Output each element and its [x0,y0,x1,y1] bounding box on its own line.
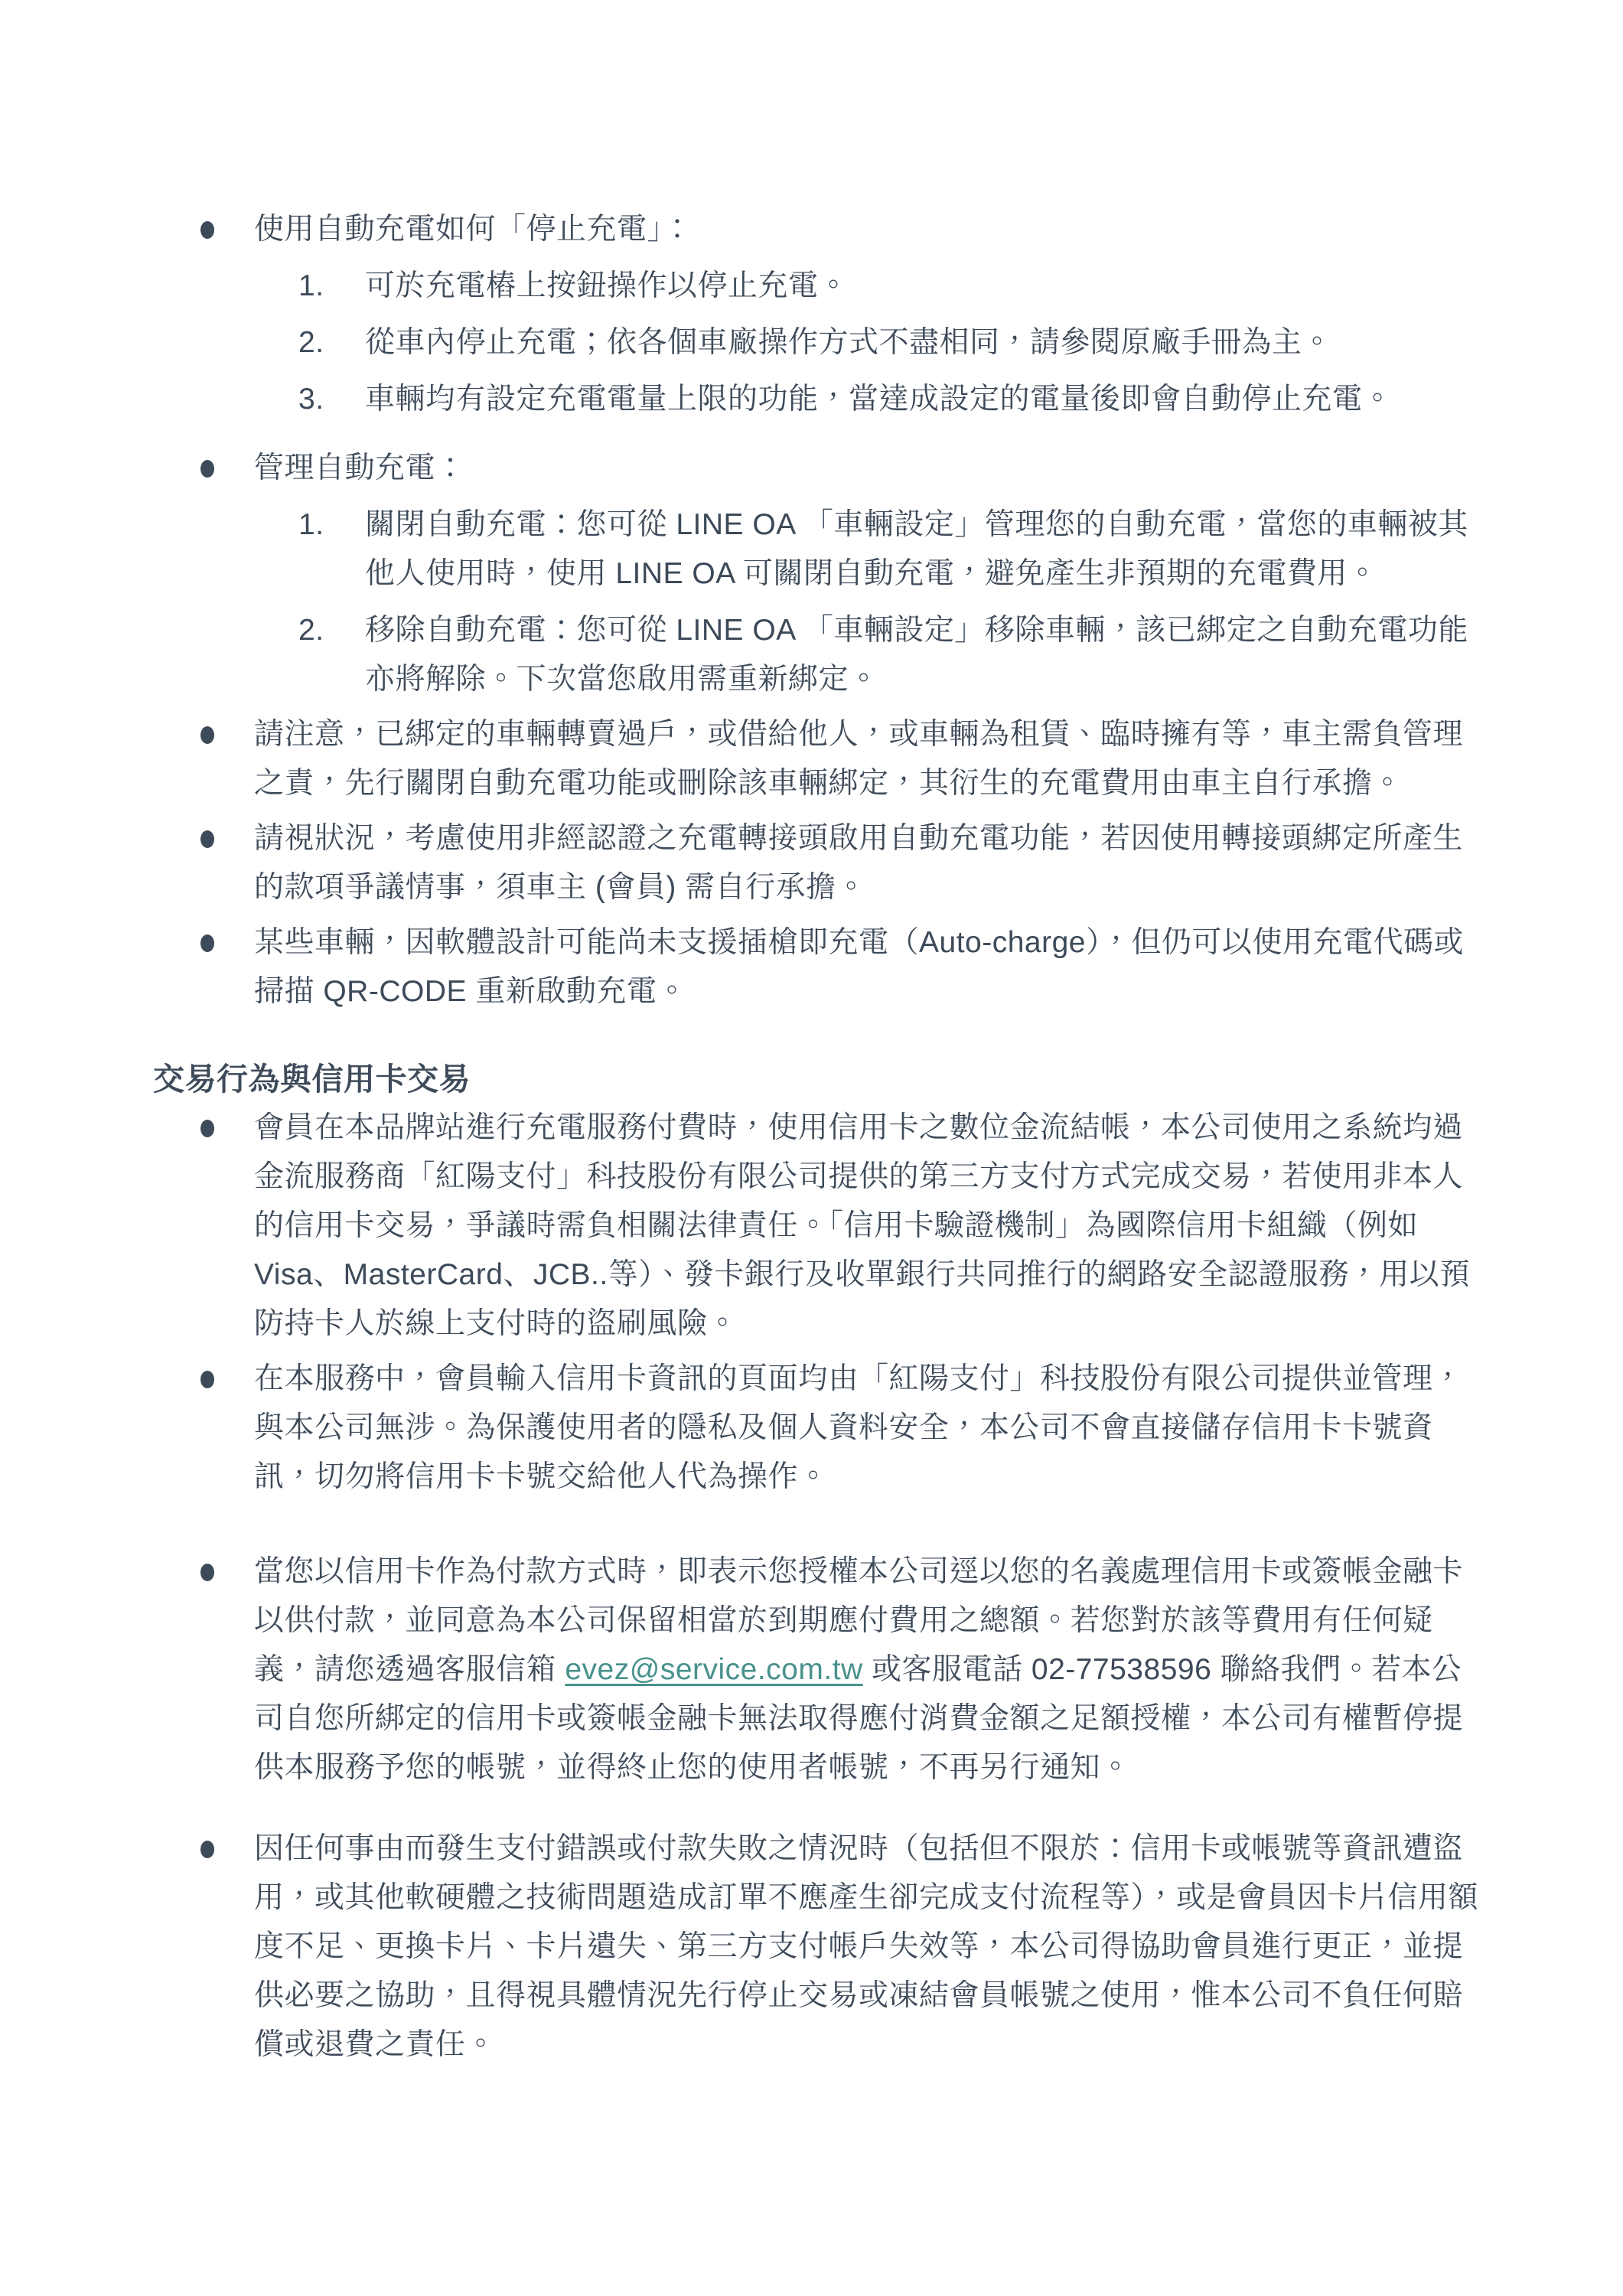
list-item: 會員在本品牌站進行充電服務付費時，使用信用卡之數位金流結帳，本公司使用之系統均過… [153,1104,1481,1349]
document-page: 使用自動充電如何「停止充電」： 1. 可於充電樁上按鈕操作以停止充電。 2. 從… [0,0,1623,2296]
item-number: 1. [298,262,324,311]
numbered-item: 3. 車輛均有設定充電電量上限的功能，當達成設定的電量後即會自動停止充電。 [254,375,1481,424]
bullet-icon [200,726,214,744]
list-item-text: 管理自動充電： [254,452,466,484]
list-item: 某些車輛，因軟體設計可能尚未支援插槍即充電（Auto-charge），但仍可以使… [153,918,1481,1016]
item-number: 2. [298,606,324,655]
numbered-item: 2. 從車內停止充電；依各個車廠操作方式不盡相同，請參閱原廠手冊為主。 [254,318,1481,367]
document-content: 使用自動充電如何「停止充電」： 1. 可於充電樁上按鈕操作以停止充電。 2. 從… [0,0,1623,2069]
list-item-text: 某些車輛，因軟體設計可能尚未支援插槍即充電（Auto-charge），但仍可以使… [254,926,1464,1008]
bullet-icon [200,460,214,478]
email-link[interactable]: evez@service.com.tw [565,1653,862,1686]
list-item-text: 在本服務中，會員輸入信用卡資訊的頁面均由「紅陽支付」科技股份有限公司提供並管理，… [254,1362,1463,1493]
auto-charge-bullet-list: 使用自動充電如何「停止充電」： 1. 可於充電樁上按鈕操作以停止充電。 2. 從… [153,205,1481,1016]
item-number: 1. [298,501,324,550]
numbered-item-text: 從車內停止充電；依各個車廠操作方式不盡相同，請參閱原廠手冊為主。 [365,326,1332,359]
numbered-sublist: 1. 關閉自動充電：您可從 LINE OA 「車輛設定」管理您的自動充電，當您的… [254,501,1481,704]
list-item: 管理自動充電： 1. 關閉自動充電：您可從 LINE OA 「車輛設定」管理您的… [153,444,1481,704]
item-number: 3. [298,375,324,424]
bullet-icon [200,830,214,848]
bullet-icon [200,1371,214,1388]
list-item: 請注意，已綁定的車輛轉賣過戶，或借給他人，或車輛為租賃、臨時擁有等，車主需負管理… [153,710,1481,808]
bullet-icon [200,1120,214,1137]
bullet-icon [200,934,214,952]
numbered-item: 1. 關閉自動充電：您可從 LINE OA 「車輛設定」管理您的自動充電，當您的… [254,501,1481,598]
list-item-text: 會員在本品牌站進行充電服務付費時，使用信用卡之數位金流結帳，本公司使用之系統均過… [254,1111,1470,1340]
list-item: 請視狀況，考慮使用非經認證之充電轉接頭啟用自動充電功能，若因使用轉接頭綁定所產生… [153,814,1481,912]
list-item: 當您以信用卡作為付款方式時，即表示您授權本公司逕以您的名義處理信用卡或簽帳金融卡… [153,1548,1481,1792]
list-item-text: 請視狀況，考慮使用非經認證之充電轉接頭啟用自動充電功能，若因使用轉接頭綁定所產生… [254,822,1463,904]
transaction-bullet-list: 會員在本品牌站進行充電服務付費時，使用信用卡之數位金流結帳，本公司使用之系統均過… [153,1104,1481,2069]
list-item-text: 請注意，已綁定的車輛轉賣過戶，或借給他人，或車輛為租賃、臨時擁有等，車主需負管理… [254,718,1463,800]
numbered-sublist: 1. 可於充電樁上按鈕操作以停止充電。 2. 從車內停止充電；依各個車廠操作方式… [254,262,1481,424]
bullet-icon [200,221,214,239]
numbered-item: 2. 移除自動充電：您可從 LINE OA 「車輛設定」移除車輛，該已綁定之自動… [254,606,1481,704]
section-heading: 交易行為與信用卡交易 [153,1055,1481,1104]
numbered-item-text: 可於充電樁上按鈕操作以停止充電。 [365,269,849,302]
numbered-item-text: 移除自動充電：您可從 LINE OA 「車輛設定」移除車輛，該已綁定之自動充電功… [365,614,1468,696]
numbered-item-text: 車輛均有設定充電電量上限的功能，當達成設定的電量後即會自動停止充電。 [365,383,1393,416]
numbered-item-text: 關閉自動充電：您可從 LINE OA 「車輛設定」管理您的自動充電，當您的車輛被… [365,508,1468,590]
bullet-icon [200,1841,214,1858]
list-item-text: 因任何事由而發生支付錯誤或付款失敗之情況時（包括但不限於：信用卡或帳號等資訊遭盜… [254,1832,1478,2061]
item-number: 2. [298,318,324,367]
list-item: 在本服務中，會員輸入信用卡資訊的頁面均由「紅陽支付」科技股份有限公司提供並管理，… [153,1355,1481,1502]
list-item: 因任何事由而發生支付錯誤或付款失敗之情況時（包括但不限於：信用卡或帳號等資訊遭盜… [153,1825,1481,2069]
list-item-text: 使用自動充電如何「停止充電」： [254,213,693,246]
bullet-icon [200,1564,214,1581]
numbered-item: 1. 可於充電樁上按鈕操作以停止充電。 [254,262,1481,311]
list-item: 使用自動充電如何「停止充電」： 1. 可於充電樁上按鈕操作以停止充電。 2. 從… [153,205,1481,424]
